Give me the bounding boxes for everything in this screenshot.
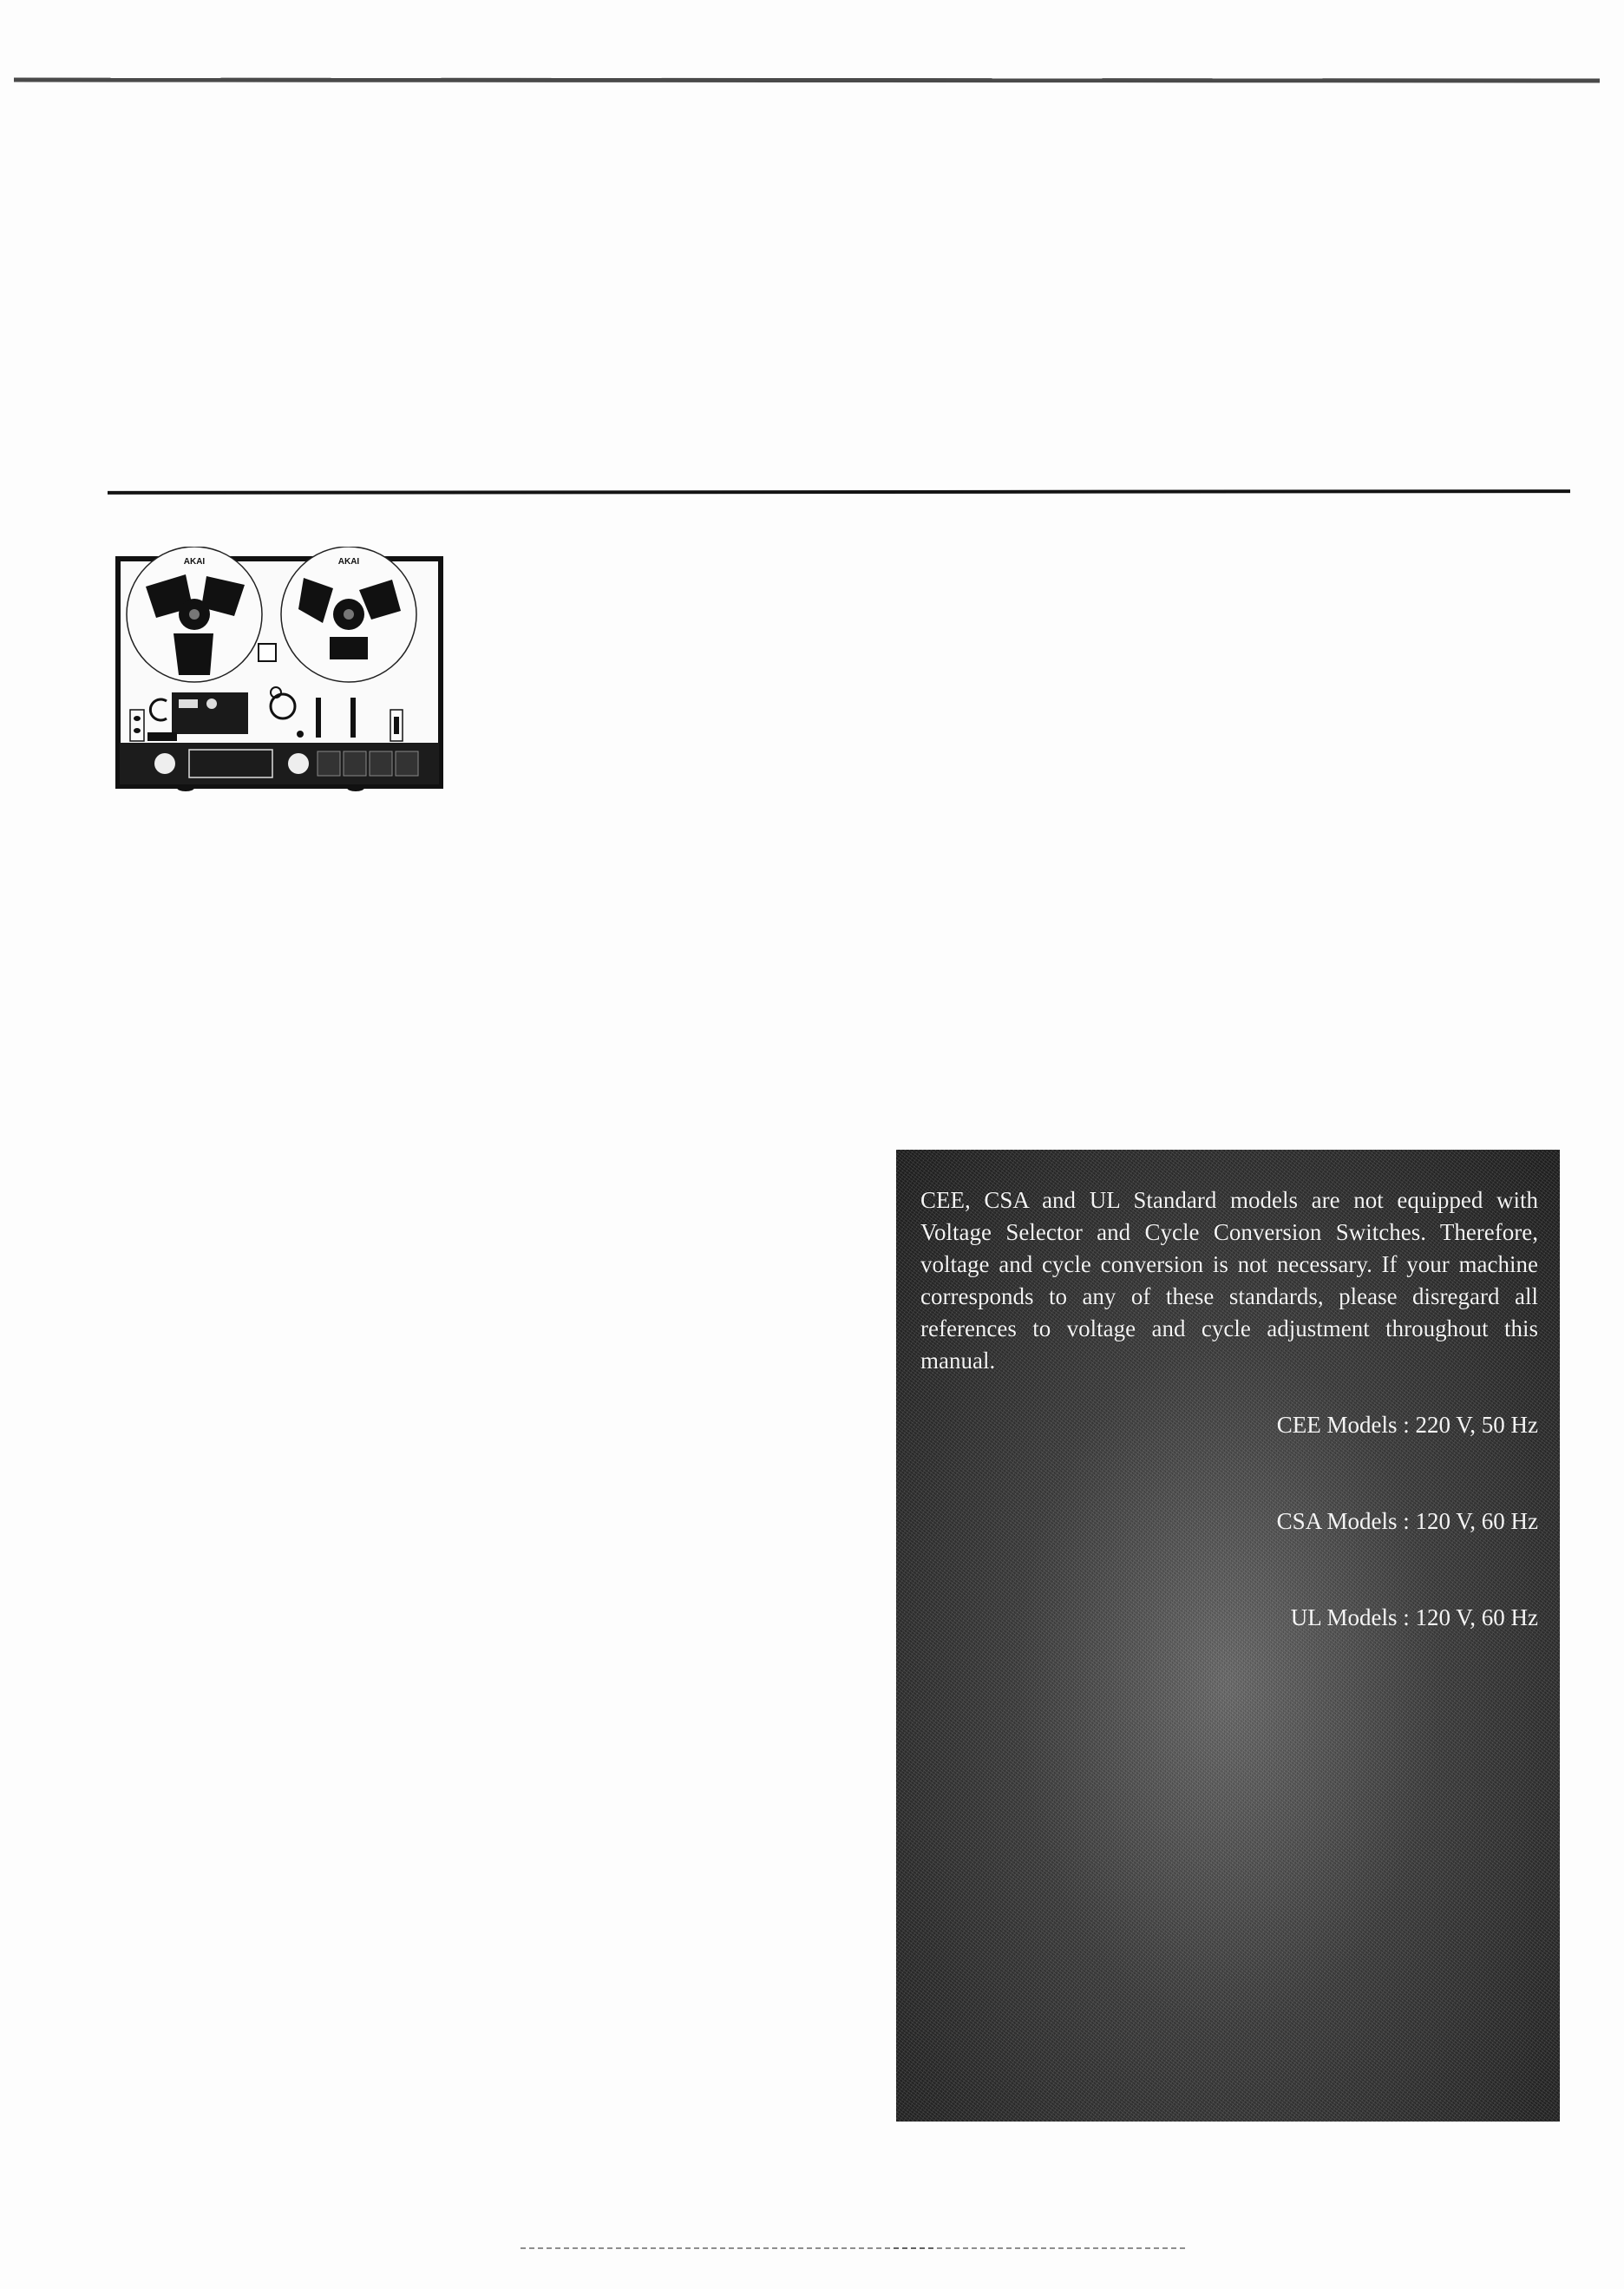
scan-artifact-line xyxy=(894,2247,1189,2249)
left-reel-icon xyxy=(127,547,262,682)
model-spec-csa: CSA Models : 120 V, 60 Hz xyxy=(920,1473,1538,1570)
model-spec-ul: UL Models : 120 V, 60 Hz xyxy=(920,1570,1538,1666)
svg-text:AKAI: AKAI xyxy=(338,557,360,567)
notice-paragraph: CEE, CSA and UL Standard models are not … xyxy=(920,1184,1538,1377)
voltage-notice-box: CEE, CSA and UL Standard models are not … xyxy=(896,1150,1560,2122)
top-rule xyxy=(14,78,1600,83)
tape-recorder-illustration: AKAI AKAI xyxy=(115,547,444,794)
svg-text:AKAI: AKAI xyxy=(184,557,206,567)
section-rule xyxy=(108,489,1570,495)
right-reel-icon xyxy=(281,547,416,682)
model-spec-list: CEE Models : 220 V, 50 Hz CSA Models : 1… xyxy=(920,1377,1538,1666)
scan-artifact-line xyxy=(521,2247,937,2249)
model-spec-cee: CEE Models : 220 V, 50 Hz xyxy=(920,1377,1538,1473)
